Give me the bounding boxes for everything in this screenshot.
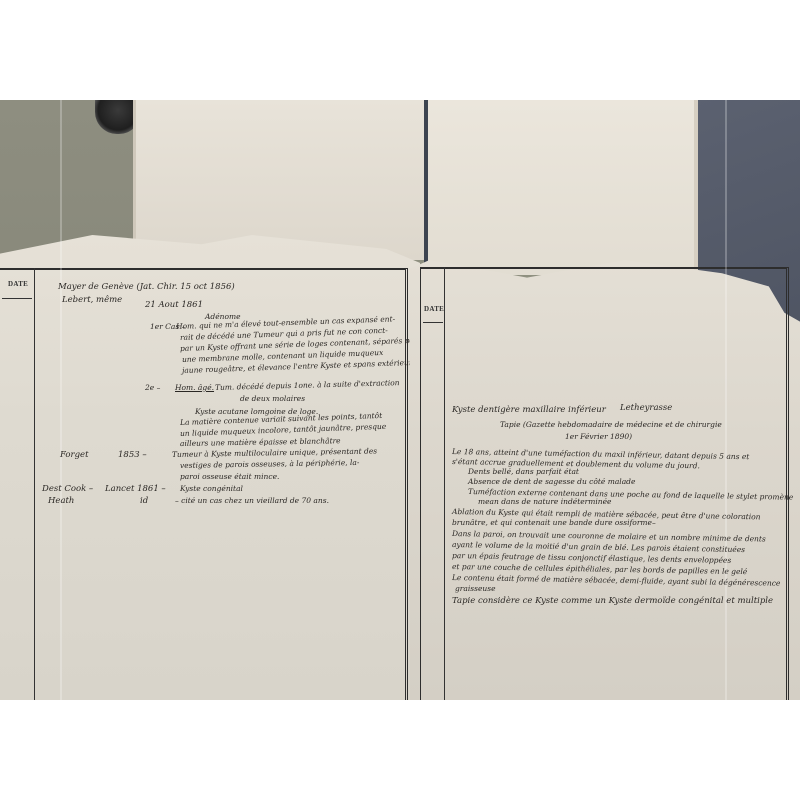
case-text-line: Kyste congénital	[180, 484, 243, 493]
case-text-line: brunâtre, et qui contenait une bande dur…	[452, 518, 656, 527]
citation-ref: Mayer de Genève (Jat. Chir. 15 oct 1856)	[58, 282, 235, 292]
date-header-rule	[2, 298, 32, 299]
date-column-header: DATE	[8, 280, 28, 288]
case-text-line: graisseuse	[455, 584, 496, 593]
paper-fold	[725, 100, 727, 700]
date-column-right	[420, 267, 445, 700]
case-date: 1853 –	[118, 450, 147, 460]
case-label: 2e –	[145, 383, 160, 392]
case-text-line: de deux molaires	[240, 394, 305, 403]
case-date: Lancet 1861 –	[105, 484, 166, 494]
date-column-left	[0, 268, 35, 700]
date-header-rule	[423, 322, 443, 323]
date-column-header: DATE	[424, 305, 444, 313]
case-date: id	[140, 496, 148, 506]
paper-fold	[60, 100, 62, 700]
case-heading: Hom. âgé.	[175, 383, 214, 392]
case-source-date: 1er Février 1890)	[565, 432, 632, 441]
document-photograph: DATE Mayer de Genève (Jat. Chir. 15 oct …	[0, 100, 800, 700]
case-source: Tapie (Gazette hebdomadaire de médecine …	[500, 420, 722, 429]
case-text-line: Absence de dent de sagesse du côté malad…	[468, 477, 635, 486]
case-text-line: – cité un cas chez un vieillard de 70 an…	[175, 496, 329, 505]
case-text-line: mean dans de nature indéterminée	[478, 497, 611, 506]
citation-date: 21 Aout 1861	[145, 300, 203, 310]
case-title: Kyste dentigère maxillaire inférieur	[452, 405, 606, 415]
case-ref: Forget	[60, 450, 89, 460]
case-text-line: Dents bellé, dans parfait état	[468, 467, 579, 476]
case-text-line: paroi osseuse était mince.	[180, 472, 279, 481]
citation-line2: Lebert, même	[62, 295, 122, 305]
case-conclusion: Tapie considère ce Kyste comme un Kyste …	[452, 596, 773, 606]
case-ref: Dest Cook –	[42, 484, 93, 494]
case-ref: Heath	[48, 496, 74, 506]
case-author: Letheyrasse	[620, 403, 672, 413]
blank-book-page-right	[428, 100, 698, 275]
blank-book-page-left	[133, 100, 428, 260]
